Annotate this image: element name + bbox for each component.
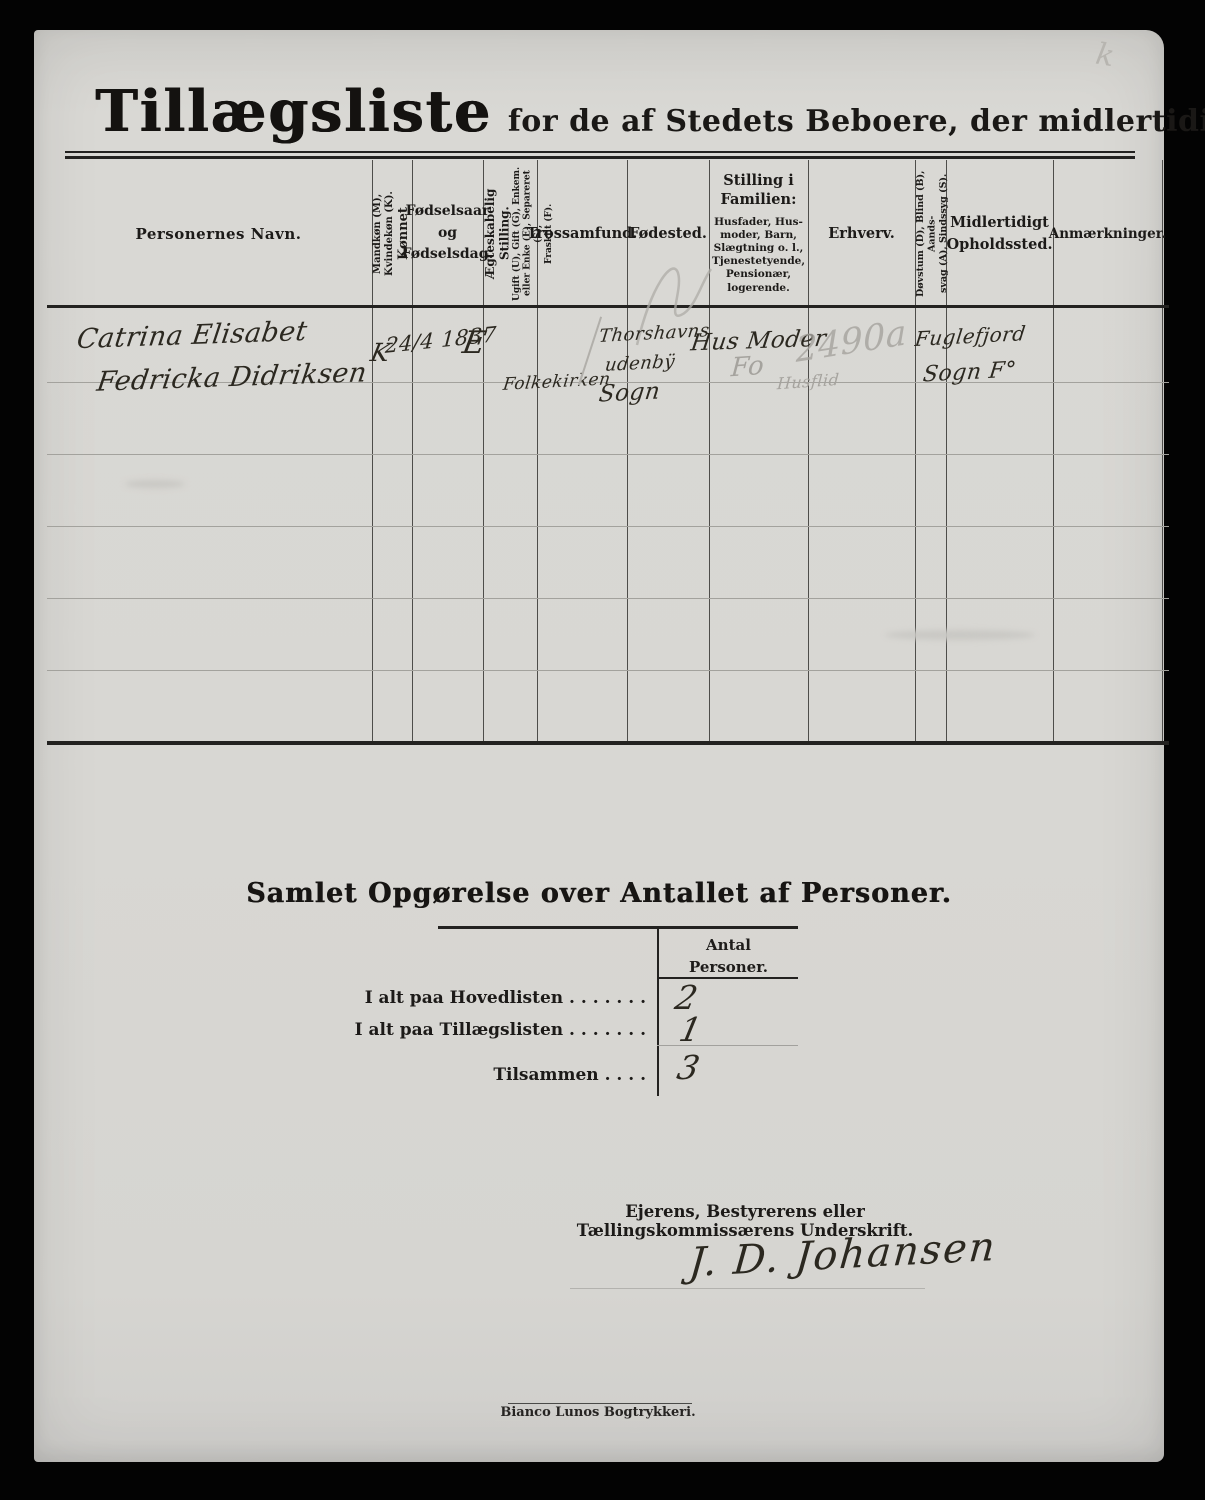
col-header-name: Personernes Navn. [65, 160, 372, 307]
col-header-family-main: Stilling i Familien: [721, 172, 797, 210]
table-rowline [47, 598, 1169, 599]
title-rule-top [65, 151, 1135, 153]
summary-title: Samlet Opgørelse over Antallet af Person… [34, 878, 1164, 909]
title-rule-bottom [65, 156, 1135, 159]
entry-pencil-number: 2490a [795, 313, 907, 371]
col-header-birth: Fødselsaar og Fødselsdag. [412, 160, 483, 307]
title-subtitle: for de af Stedets Beboere, der midlertid… [508, 104, 1205, 139]
entry-birthplace-line2: udenbÿ [604, 351, 677, 376]
table-rowline [47, 670, 1169, 671]
smudge [125, 480, 185, 488]
signature-underline [570, 1288, 925, 1289]
col-header-disability-key1: Døvstum (D), Blind (B), Aands- [915, 162, 938, 305]
col-header-marital-key1: Ugift (U), Gift (G), Enkem. [512, 162, 523, 305]
col-header-remarks: Anmærkninger. [1053, 160, 1162, 307]
title-main: Tillægsliste [95, 78, 492, 145]
entry-birthplace-line3: Sogn [597, 378, 661, 407]
entry-residence-line1: Fuglefjord [914, 321, 1028, 351]
paper-sheet: k Tillægsliste for de af Stedets Beboere… [34, 30, 1164, 1462]
entry-name-line1: Catrina Elisabet [75, 316, 310, 355]
smudge [885, 630, 1035, 640]
table-vline [1162, 160, 1163, 745]
entry-occupation-pencil-mark: Fo [730, 351, 765, 384]
summary-row-hovedlisten-label: I alt paa Hovedlisten . . . . . . . [326, 988, 646, 1008]
col-header-disability: Døvstum (D), Blind (B), Aands- svag (A),… [915, 162, 946, 305]
summary-row-tillaegslisten-label: I alt paa Tillægslisten . . . . . . . [326, 1020, 646, 1040]
entry-residence-line2: Sogn F° [922, 357, 1018, 387]
printer-imprint: Bianco Lunos Bogtrykkeri. [493, 1405, 703, 1420]
col-header-marital-main: Ægteskabelig Stilling. [483, 162, 512, 305]
summary-col-header: Antal Personer. [659, 935, 798, 979]
col-header-sex-key: Mandkøn (M), Kvindekøn (K). [372, 162, 396, 305]
col-header-occupation: Erhverv. [808, 160, 915, 307]
summary-row-tilsammen-value: 3 [674, 1048, 703, 1087]
entry-marital: E [460, 325, 489, 361]
summary-top-rule [438, 926, 798, 929]
scanned-census-page: k Tillægsliste for de af Stedets Beboere… [0, 0, 1205, 1500]
col-header-family: Stilling i Familien: Husfader, Hus- mode… [709, 160, 808, 307]
footer-rule [508, 1403, 692, 1404]
table-rowline [47, 454, 1169, 455]
summary-row-tilsammen-label: Tilsammen . . . . [326, 1065, 646, 1085]
summary-sum-rule [657, 1045, 798, 1046]
col-header-faith: Trossamfund. [537, 160, 627, 307]
census-table: Personernes Navn. Mandkøn (M), Kvindekøn… [65, 160, 1135, 745]
entry-faith: Folkekirken [502, 369, 612, 395]
entry-name-line2: Fedricka Didriksen [95, 357, 369, 398]
entry-occupation-pencil: Husflid [776, 370, 840, 393]
col-header-family-key: Husfader, Hus- moder, Barn, Slægtning o.… [712, 216, 805, 295]
table-rowline [47, 526, 1169, 527]
table-bottom-rule [47, 741, 1169, 745]
page-title: Tillægsliste for de af Stedets Beboere, … [95, 78, 1205, 145]
col-header-residence: Midlertidigt Opholdssted. [946, 160, 1053, 307]
pencil-corner-mark: k [1093, 37, 1117, 75]
summary-header-rule [657, 977, 798, 979]
